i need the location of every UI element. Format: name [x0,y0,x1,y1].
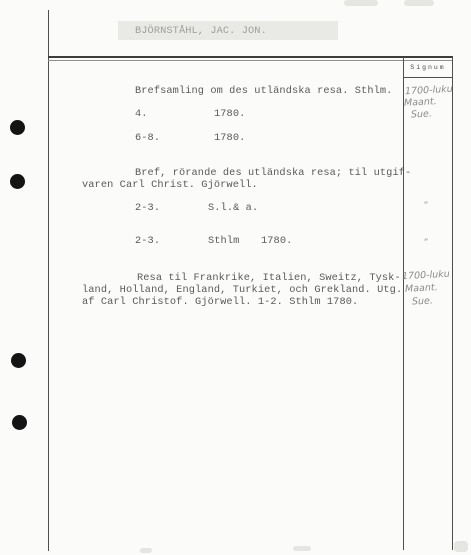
scan-smudge [293,546,311,551]
scan-smudge [404,0,434,6]
signum-header-underline [403,77,453,78]
entry1-row2-year: 1780. [214,132,245,144]
entry3-line1: Resa til Frankrike, Italien, Sweitz, Tys… [137,272,401,284]
entry2-row1-volume: 2-3. [135,202,160,214]
signum-column-left-border [403,57,404,550]
entry3-line3: af Carl Christof. Gjörwell. 1-2. Sthlm 1… [82,296,358,308]
signum-column-header: Signum [403,57,453,77]
card-left-border [48,10,49,551]
punch-hole-dot [11,353,26,368]
punch-hole-dot [12,415,27,430]
signum-annotation2-line3: Sue. [412,295,433,307]
entry2-title-line2: varen Carl Christ. Gjörwell. [82,179,258,191]
entry3-line2: land, Holland, England, Turkiet, och Gre… [82,284,402,296]
entry2-row1-imprint: S.l.& a. [208,202,258,214]
entry1-row1-year: 1780. [214,108,245,120]
scan-smudge [344,0,378,6]
entry2-row2-volume: 2-3. [135,235,160,247]
signum-annotation1-line3: Sue. [411,108,432,120]
scan-smudge [454,541,468,552]
entry1-title: Brefsamling om des utländska resa. Sthlm… [135,85,392,97]
signum-annotation2-line1: 1700-luku [402,269,450,282]
header-rule-heavy [48,56,453,58]
punch-hole-dot [10,174,25,189]
entry2-row2-year: 1780. [261,235,292,247]
punch-hole-dot [10,120,25,135]
signum-ditto-mark: ” [423,238,428,248]
signum-annotation2-line2: Maant. [405,282,438,295]
entry2-title-line1: Bref, rörande des utländska resa; til ut… [135,167,411,179]
entry1-row2-volume: 6-8. [135,132,160,144]
scan-smudge [140,548,152,553]
signum-column-right-border [452,57,453,550]
entry2-row2-place: Sthlm [208,235,239,247]
signum-annotation1-line1: 1700-luku [405,84,453,97]
signum-annotation1-line2: Maant. [404,96,437,109]
signum-ditto-mark: ” [423,201,428,211]
header-rule-light [48,60,453,61]
catalog-card-scan: BJÖRNSTÅHL, JAC. JON. Signum Brefsamling… [0,0,471,555]
entry1-row1-volume: 4. [135,108,148,120]
card-heading: BJÖRNSTÅHL, JAC. JON. [135,25,267,37]
